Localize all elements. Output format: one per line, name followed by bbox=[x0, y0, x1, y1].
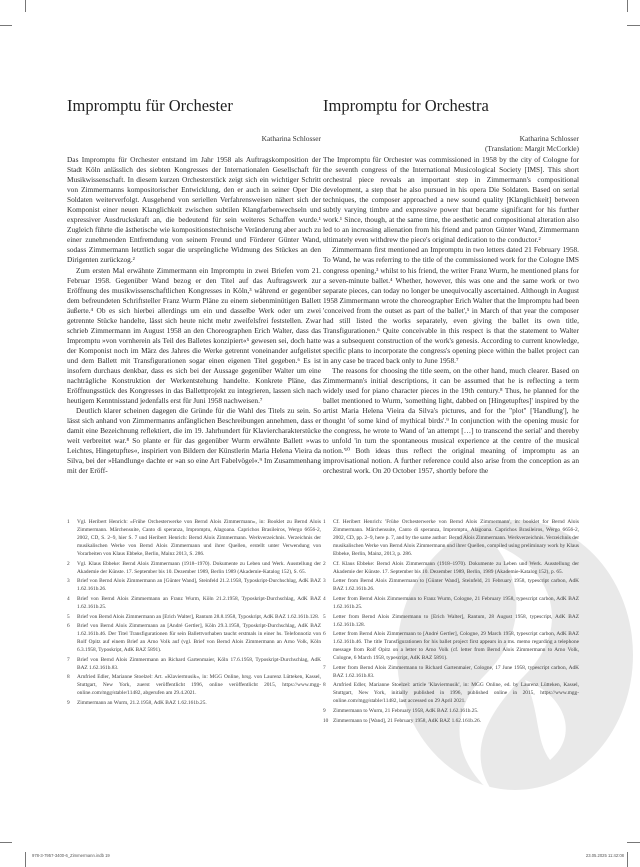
footnote: 4Brief von Bernd Alois Zimmermann an Fra… bbox=[67, 595, 321, 611]
body-paragraph: The Impromptu für Orchester was commissi… bbox=[323, 155, 579, 245]
article-body-english: The Impromptu für Orchester was commissi… bbox=[323, 155, 579, 477]
crop-mark-bottom-right-v bbox=[627, 852, 628, 867]
footnote: 5Letter from Bernd Alois Zimmermann to [… bbox=[323, 613, 579, 629]
crop-mark-top-left-h bbox=[0, 25, 12, 26]
translator-credit: (Translation: Margit McCorkle) bbox=[485, 144, 579, 154]
footnote: 7Letter from Bernd Alois Zimmermann to R… bbox=[323, 664, 579, 680]
crop-mark-top-right-v bbox=[627, 0, 628, 12]
footnote: 8Arnfried Edler, Marianne Stoelzel: Art.… bbox=[67, 673, 321, 697]
crop-mark-bottom-right-h bbox=[627, 842, 640, 843]
crop-mark-top-left-v bbox=[25, 0, 26, 12]
crop-mark-bottom-left-h bbox=[0, 842, 12, 843]
footnote: 10Zimmermann to [Wand], 21 February 1958… bbox=[323, 717, 579, 725]
body-paragraph: Zum ersten Mal erwähnte Zimmermann ein I… bbox=[67, 266, 321, 407]
author-block-english: Katharina Schlosser (Translation: Margit… bbox=[485, 134, 579, 154]
footnote: 9Zimmermann an Wurm, 21.2.1958, AdK BAZ … bbox=[67, 699, 321, 707]
crop-mark-top-right-h bbox=[627, 25, 640, 26]
body-paragraph: The reasons for choosing the title seem,… bbox=[323, 366, 579, 477]
footnote: 1Cf. Heribert Henrich: 'Frühe Orchesterw… bbox=[323, 518, 579, 558]
footnotes-english: 1Cf. Heribert Henrich: 'Frühe Orchesterw… bbox=[323, 518, 579, 726]
footnote: 6Letter from Bernd Alois Zimmermann to [… bbox=[323, 630, 579, 662]
crop-mark-bottom-left-v bbox=[25, 852, 26, 867]
footnote: 3Letter from Bernd Alois Zimmermann to [… bbox=[323, 577, 579, 593]
footnote: 4Letter from Bernd Alois Zimmermann to F… bbox=[323, 595, 579, 611]
footnote: 8Arnfried Edler, Marianne Stoelzel: arti… bbox=[323, 681, 579, 705]
footnote: 9Zimmermann to Wurm, 21 February 1958, A… bbox=[323, 707, 579, 715]
footnote: 3Brief von Bernd Alois Zimmermann an [Gü… bbox=[67, 577, 321, 593]
article-title-english: Impromptu for Orchestra bbox=[323, 96, 489, 116]
print-slug-filename: 978-3-7957-3400-6_Zimmermann.indb 19 bbox=[32, 853, 110, 858]
footnote: 7Brief von Bernd Alois Zimmermann an Ric… bbox=[67, 656, 321, 672]
footnote: 2Vgl. Klaus Ebbeke: Bernd Alois Zimmerma… bbox=[67, 560, 321, 576]
body-paragraph: Zimmermann first mentioned an Impromptu … bbox=[323, 245, 579, 366]
footnote: 5Brief von Bernd Alois Zimmermann an [Er… bbox=[67, 613, 321, 621]
body-paragraph: Deutlich klarer scheinen dagegen die Grü… bbox=[67, 406, 321, 476]
footnotes-german: 1Vgl. Heribert Henrich: »Frühe Orchester… bbox=[67, 518, 321, 709]
author-name-english: Katharina Schlosser bbox=[485, 134, 579, 144]
footnote: 6Brief von Bernd Alois Zimmermann an [An… bbox=[67, 622, 321, 654]
footnote: 2Cf. Klaus Ebbeke: Bernd Alois Zimmerman… bbox=[323, 560, 579, 576]
print-slug-timestamp: 23.05.2025 11:42:08 bbox=[586, 853, 624, 858]
body-paragraph: Das Impromptu für Orchester entstand im … bbox=[67, 155, 321, 266]
footnote: 1Vgl. Heribert Henrich: »Frühe Orchester… bbox=[67, 518, 321, 558]
article-title-german: Impromptu für Orchester bbox=[67, 96, 233, 116]
article-body-german: Das Impromptu für Orchester entstand im … bbox=[67, 155, 321, 477]
author-name-german: Katharina Schlosser bbox=[262, 134, 321, 144]
